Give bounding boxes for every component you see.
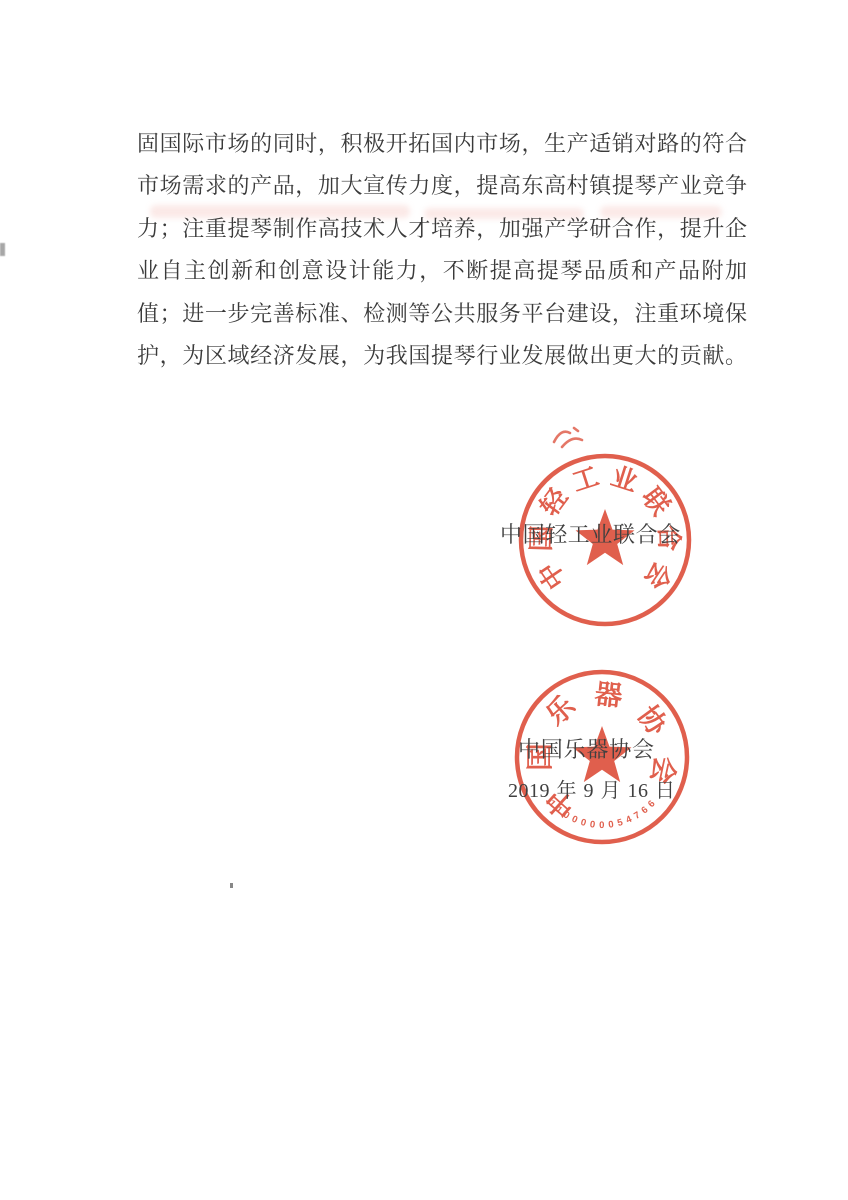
signature-date: 2019 年 9 月 16 日 <box>508 774 676 803</box>
svg-text:0: 0 <box>579 817 587 829</box>
paragraph-line: 护，为区域经济发展，为我国提琴行业发展做出更大的贡献。 <box>137 335 747 377</box>
scan-speck-artifact <box>230 883 233 888</box>
signature-org-light-industry-council: 中国轻工业联合会 <box>500 518 681 549</box>
body-paragraph: 固国际市场的同时，积极开拓国内市场，生产适销对路的符合 市场需求的产品，加大宣传… <box>137 123 747 377</box>
paragraph-line: 固国际市场的同时，积极开拓国内市场，生产适销对路的符合 <box>137 123 747 165</box>
document-page: 固国际市场的同时，积极开拓国内市场，生产适销对路的符合 市场需求的产品，加大宣传… <box>0 0 848 1200</box>
svg-text:4: 4 <box>624 814 634 826</box>
paragraph-line: 值；进一步完善标准、检测等公共服务平台建设，注重环境保 <box>137 293 747 335</box>
svg-text:0: 0 <box>570 814 579 826</box>
svg-text:器: 器 <box>593 678 624 712</box>
paragraph-line: 市场需求的产品，加大宣传力度，提高东高村镇提琴产业竞争 <box>137 165 747 207</box>
paragraph-line: 力；注重提琴制作高技术人才培养，加强产学研合作，提升企 <box>137 208 747 250</box>
svg-text:业: 业 <box>607 461 641 497</box>
signature-org-musical-instrument-association: 中国乐器协会 <box>518 733 655 764</box>
svg-text:工: 工 <box>568 461 602 498</box>
svg-text:7: 7 <box>632 810 642 822</box>
svg-text:0: 0 <box>589 819 596 831</box>
scan-edge-artifact <box>0 243 5 256</box>
svg-text:0: 0 <box>608 819 615 831</box>
svg-text:5: 5 <box>616 817 625 829</box>
svg-text:0: 0 <box>599 820 604 831</box>
paragraph-line: 业自主创新和创意设计能力，不断提高提琴品质和产品附加 <box>137 250 747 292</box>
